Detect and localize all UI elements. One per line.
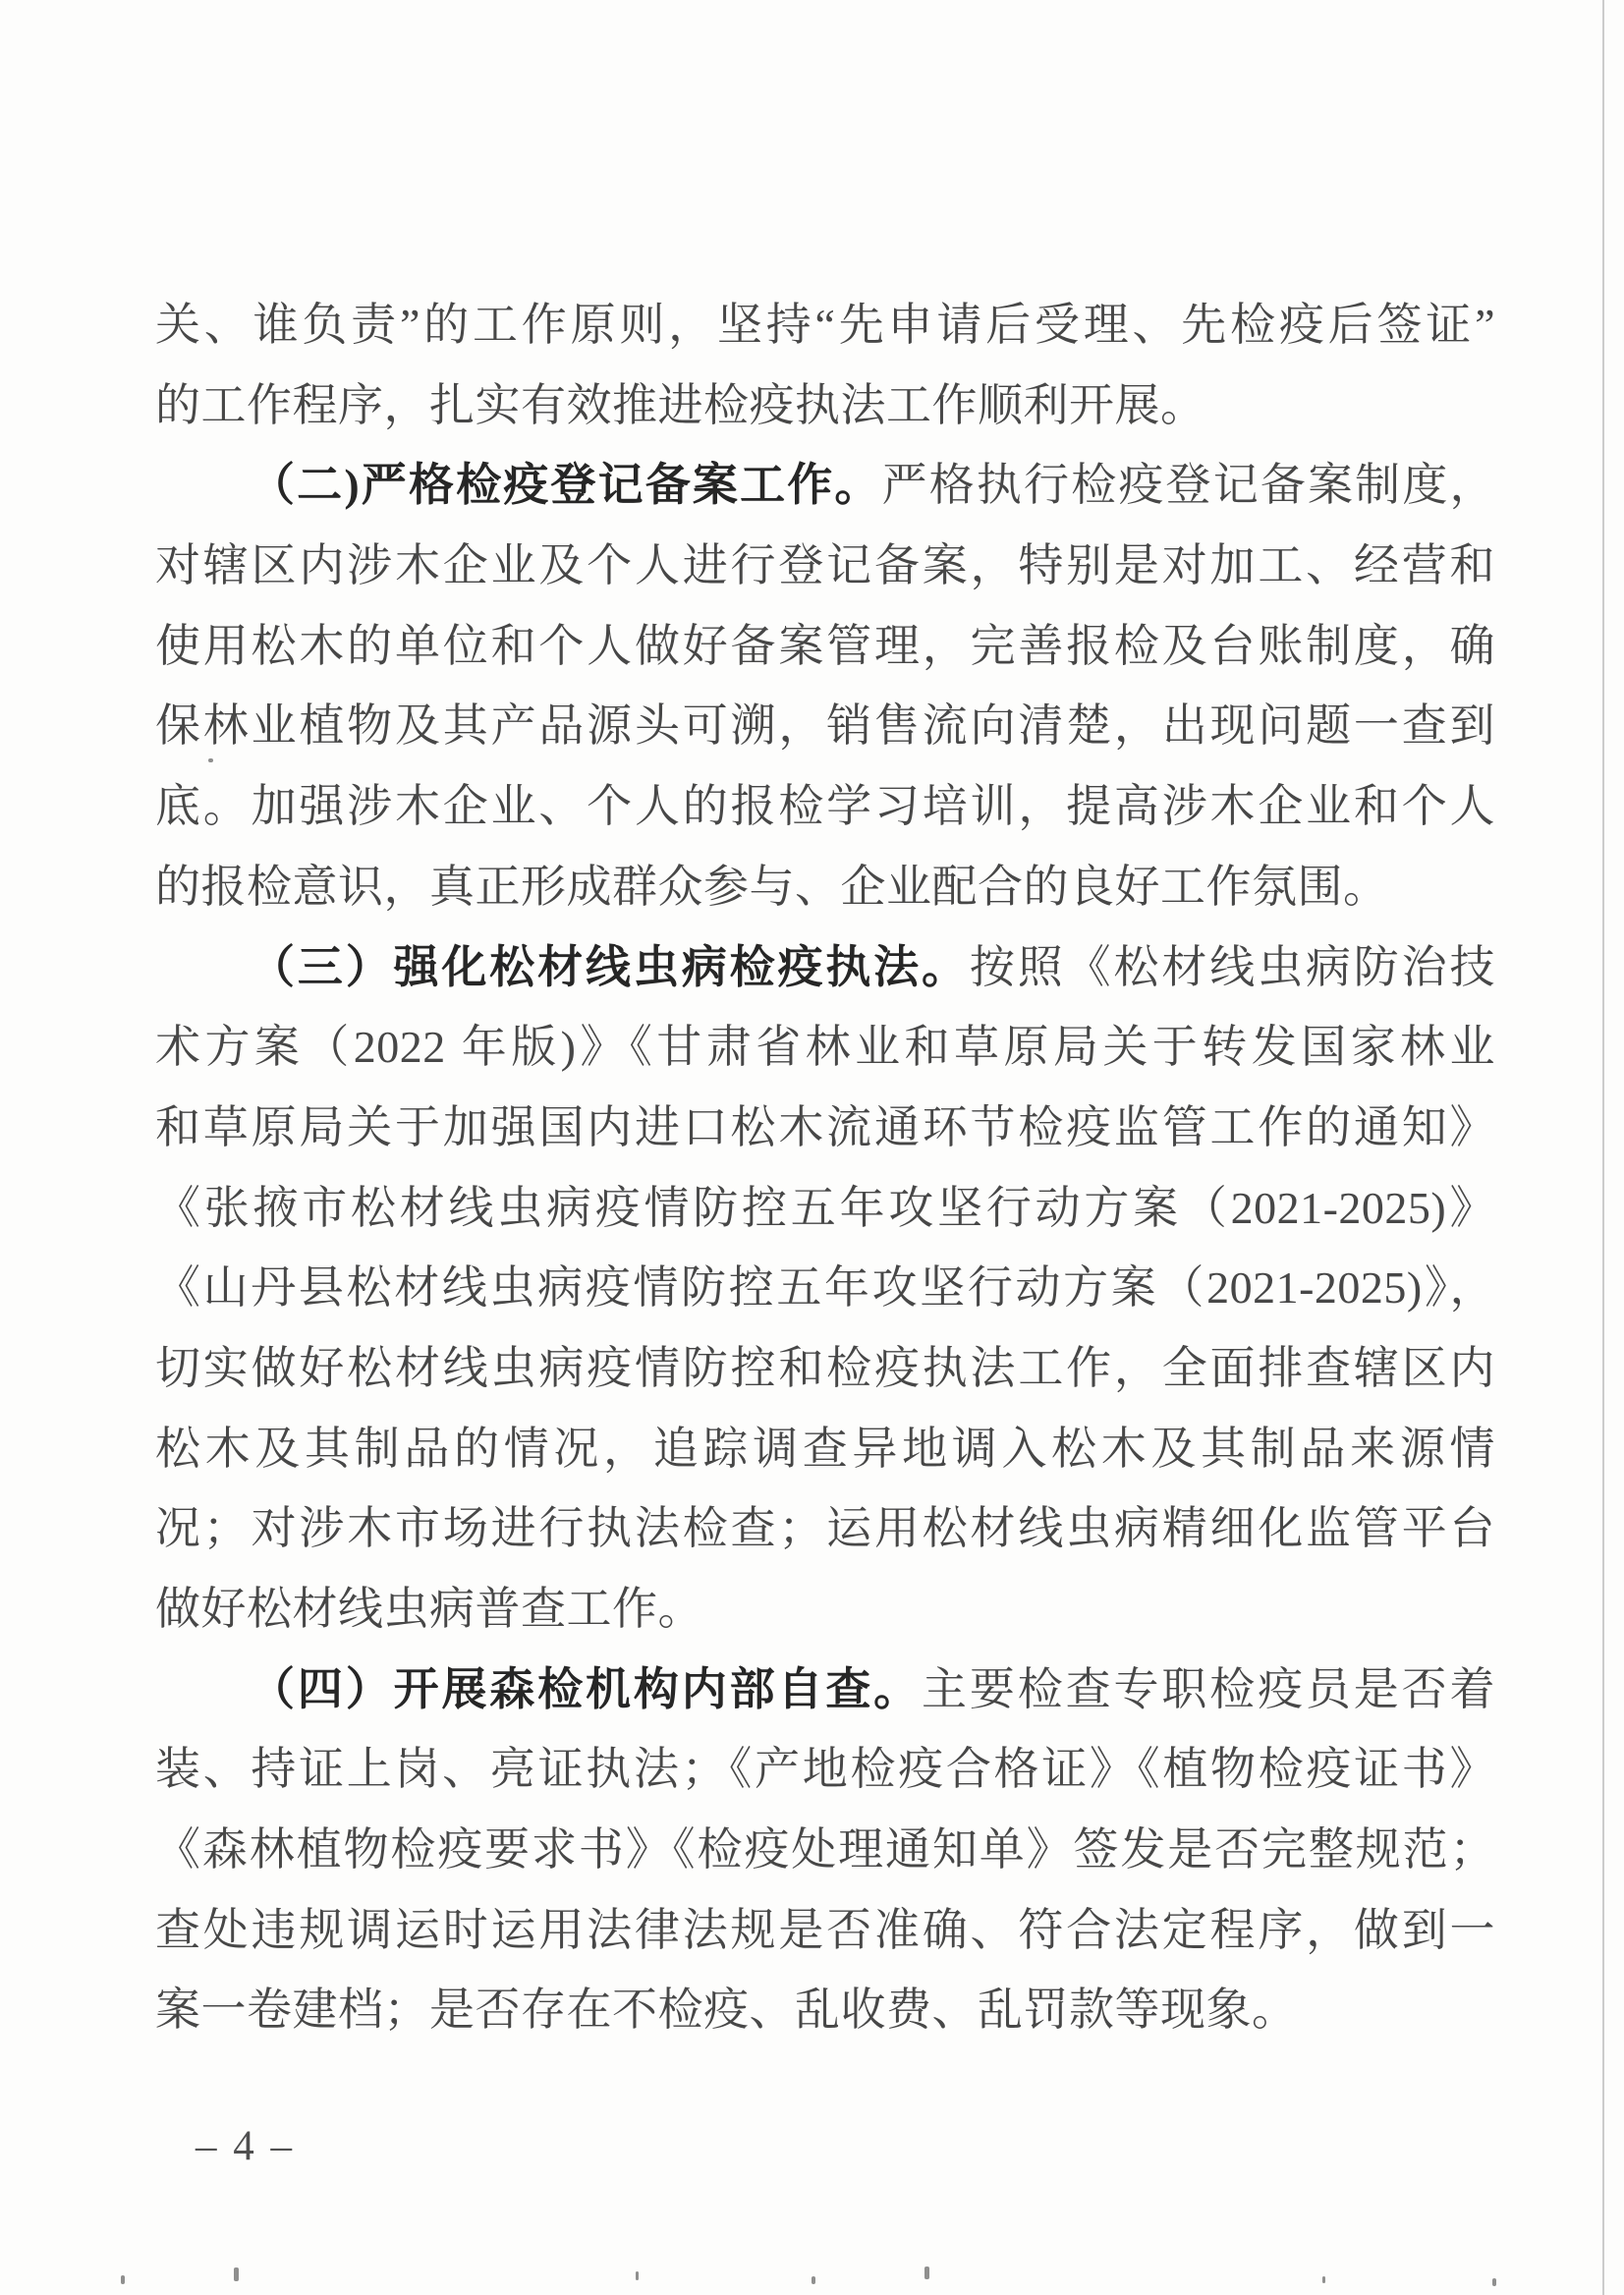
text-line: 况；对涉木市场进行执法检查；运用松材线虫病精细化监管平台 [155,1488,1495,1569]
text-segment: 《张掖市松材线虫病疫情防控五年攻坚行动方案（2021-2025)》 [155,1183,1495,1233]
text-line: 《森林植物检疫要求书》《检疫处理通知单》签发是否完整规范； [155,1810,1495,1890]
text-segment: 况；对涉木市场进行执法检查；运用松材线虫病精细化监管平台 [155,1503,1495,1553]
scan-edge-line [1602,0,1604,2295]
text-line: 底。加强涉木企业、个人的报检学习培训，提高涉木企业和个人 [155,766,1495,847]
text-line: 查处违规调运时运用法律法规是否准确、符合法定程序，做到一 [155,1890,1495,1971]
scan-speck [1492,2278,1496,2286]
text-line: 案一卷建档；是否存在不检疫、乱收费、乱罚款等现象。 [155,1970,1495,2050]
text-segment: 严格执行检疫登记备案制度， [882,460,1495,510]
scan-speck [208,758,213,762]
text-segment: 对辖区内涉木企业及个人进行登记备案，特别是对加工、经营和 [155,540,1495,590]
text-segment: 底。加强涉木企业、个人的报检学习培训，提高涉木企业和个人 [155,781,1495,831]
text-segment: 保林业植物及其产品源头可溯，销售流向清楚，出现问题一查到 [155,700,1495,751]
text-line: 切实做好松材线虫病疫情防控和检疫执法工作，全面排查辖区内 [155,1328,1495,1409]
text-segment: 的工作程序，扎实有效推进检疫执法工作顺利开展。 [155,380,1206,430]
text-segment: 装、持证上岗、亮证执法；《产地检疫合格证》《植物检疫证书》 [155,1744,1495,1794]
text-segment: 和草原局关于加强国内进口松木流通环节检疫监管工作的通知》 [155,1102,1495,1152]
text-segment: 使用松木的单位和个人做好备案管理，完善报检及台账制度，确 [155,621,1495,671]
text-segment: 的报检意识，真正形成群众参与、企业配合的良好工作氛围。 [155,862,1389,912]
text-line: （三）强化松材线虫病检疫执法。按照《松材线虫病防治技 [155,927,1495,1008]
text-segment: 案一卷建档；是否存在不检疫、乱收费、乱罚款等现象。 [155,1985,1298,2035]
text-segment: 《森林植物检疫要求书》《检疫处理通知单》签发是否完整规范； [155,1824,1495,1875]
text-segment: 松木及其制品的情况，追踪调查异地调入松木及其制品来源情 [155,1424,1495,1474]
text-segment: 做好松材线虫病普查工作。 [155,1584,703,1634]
text-line: 保林业植物及其产品源头可溯，销售流向清楚，出现问题一查到 [155,686,1495,766]
scan-speck [1322,2276,1325,2283]
text-segment: 术方案（2022 年版)》《甘肃省林业和草原局关于转发国家林业 [155,1022,1495,1072]
text-line: 对辖区内涉木企业及个人进行登记备案，特别是对加工、经营和 [155,526,1495,606]
text-line: 术方案（2022 年版)》《甘肃省林业和草原局关于转发国家林业 [155,1007,1495,1088]
text-line: 关、谁负责”的工作原则，坚持“先申请后受理、先检疫后签证” [155,285,1495,365]
text-line: （二)严格检疫登记备案工作。严格执行检疫登记备案制度， [155,445,1495,526]
text-segment: 主要检查专职检疫员是否着 [922,1664,1495,1714]
text-line: 《张掖市松材线虫病疫情防控五年攻坚行动方案（2021-2025)》 [155,1168,1495,1249]
scan-speck [812,2276,815,2284]
document-page: 关、谁负责”的工作原则，坚持“先申请后受理、先检疫后签证”的工作程序，扎实有效推… [0,0,1624,2295]
text-segment: 查处违规调运时运用法律法规是否准确、符合法定程序，做到一 [155,1905,1495,1955]
paragraph-heading: （二)严格检疫登记备案工作。 [250,460,882,510]
text-segment: 按照《松材线虫病防治技 [970,942,1495,992]
text-segment: 切实做好松材线虫病疫情防控和检疫执法工作，全面排查辖区内 [155,1343,1495,1393]
text-line: 的工作程序，扎实有效推进检疫执法工作顺利开展。 [155,365,1495,446]
paragraph: 关、谁负责”的工作原则，坚持“先申请后受理、先检疫后签证”的工作程序，扎实有效推… [155,285,1495,445]
scan-speck [234,2267,239,2281]
text-line: 的报检意识，真正形成群众参与、企业配合的良好工作氛围。 [155,847,1495,927]
text-line: 《山丹县松材线虫病疫情防控五年攻坚行动方案（2021-2025)》， [155,1248,1495,1328]
scan-speck [924,2267,929,2279]
text-line: 装、持证上岗、亮证执法；《产地检疫合格证》《植物检疫证书》 [155,1729,1495,1810]
text-line: 使用松木的单位和个人做好备案管理，完善报检及台账制度，确 [155,606,1495,687]
paragraph-heading: （三）强化松材线虫病检疫执法。 [250,942,970,992]
paragraph-heading: （四）开展森检机构内部自查。 [250,1664,922,1714]
text-line: 和草原局关于加强国内进口松木流通环节检疫监管工作的通知》 [155,1088,1495,1168]
scan-speck [121,2275,125,2284]
text-segment: 关、谁负责”的工作原则，坚持“先申请后受理、先检疫后签证” [155,300,1495,350]
paragraph: （二)严格检疫登记备案工作。严格执行检疫登记备案制度，对辖区内涉木企业及个人进行… [155,445,1495,926]
text-line: 松木及其制品的情况，追踪调查异地调入松木及其制品来源情 [155,1409,1495,1489]
text-segment: 《山丹县松材线虫病疫情防控五年攻坚行动方案（2021-2025)》， [155,1262,1495,1313]
document-body: 关、谁负责”的工作原则，坚持“先申请后受理、先检疫后签证”的工作程序，扎实有效推… [155,285,1495,2050]
text-line: 做好松材线虫病普查工作。 [155,1569,1495,1650]
scan-speck [636,2271,639,2280]
paragraph: （四）开展森检机构内部自查。主要检查专职检疫员是否着装、持证上岗、亮证执法；《产… [155,1650,1495,2050]
text-line: （四）开展森检机构内部自查。主要检查专职检疫员是否着 [155,1650,1495,1730]
paragraph: （三）强化松材线虫病检疫执法。按照《松材线虫病防治技术方案（2022 年版)》《… [155,927,1495,1650]
page-number: – 4 – [196,2122,295,2170]
